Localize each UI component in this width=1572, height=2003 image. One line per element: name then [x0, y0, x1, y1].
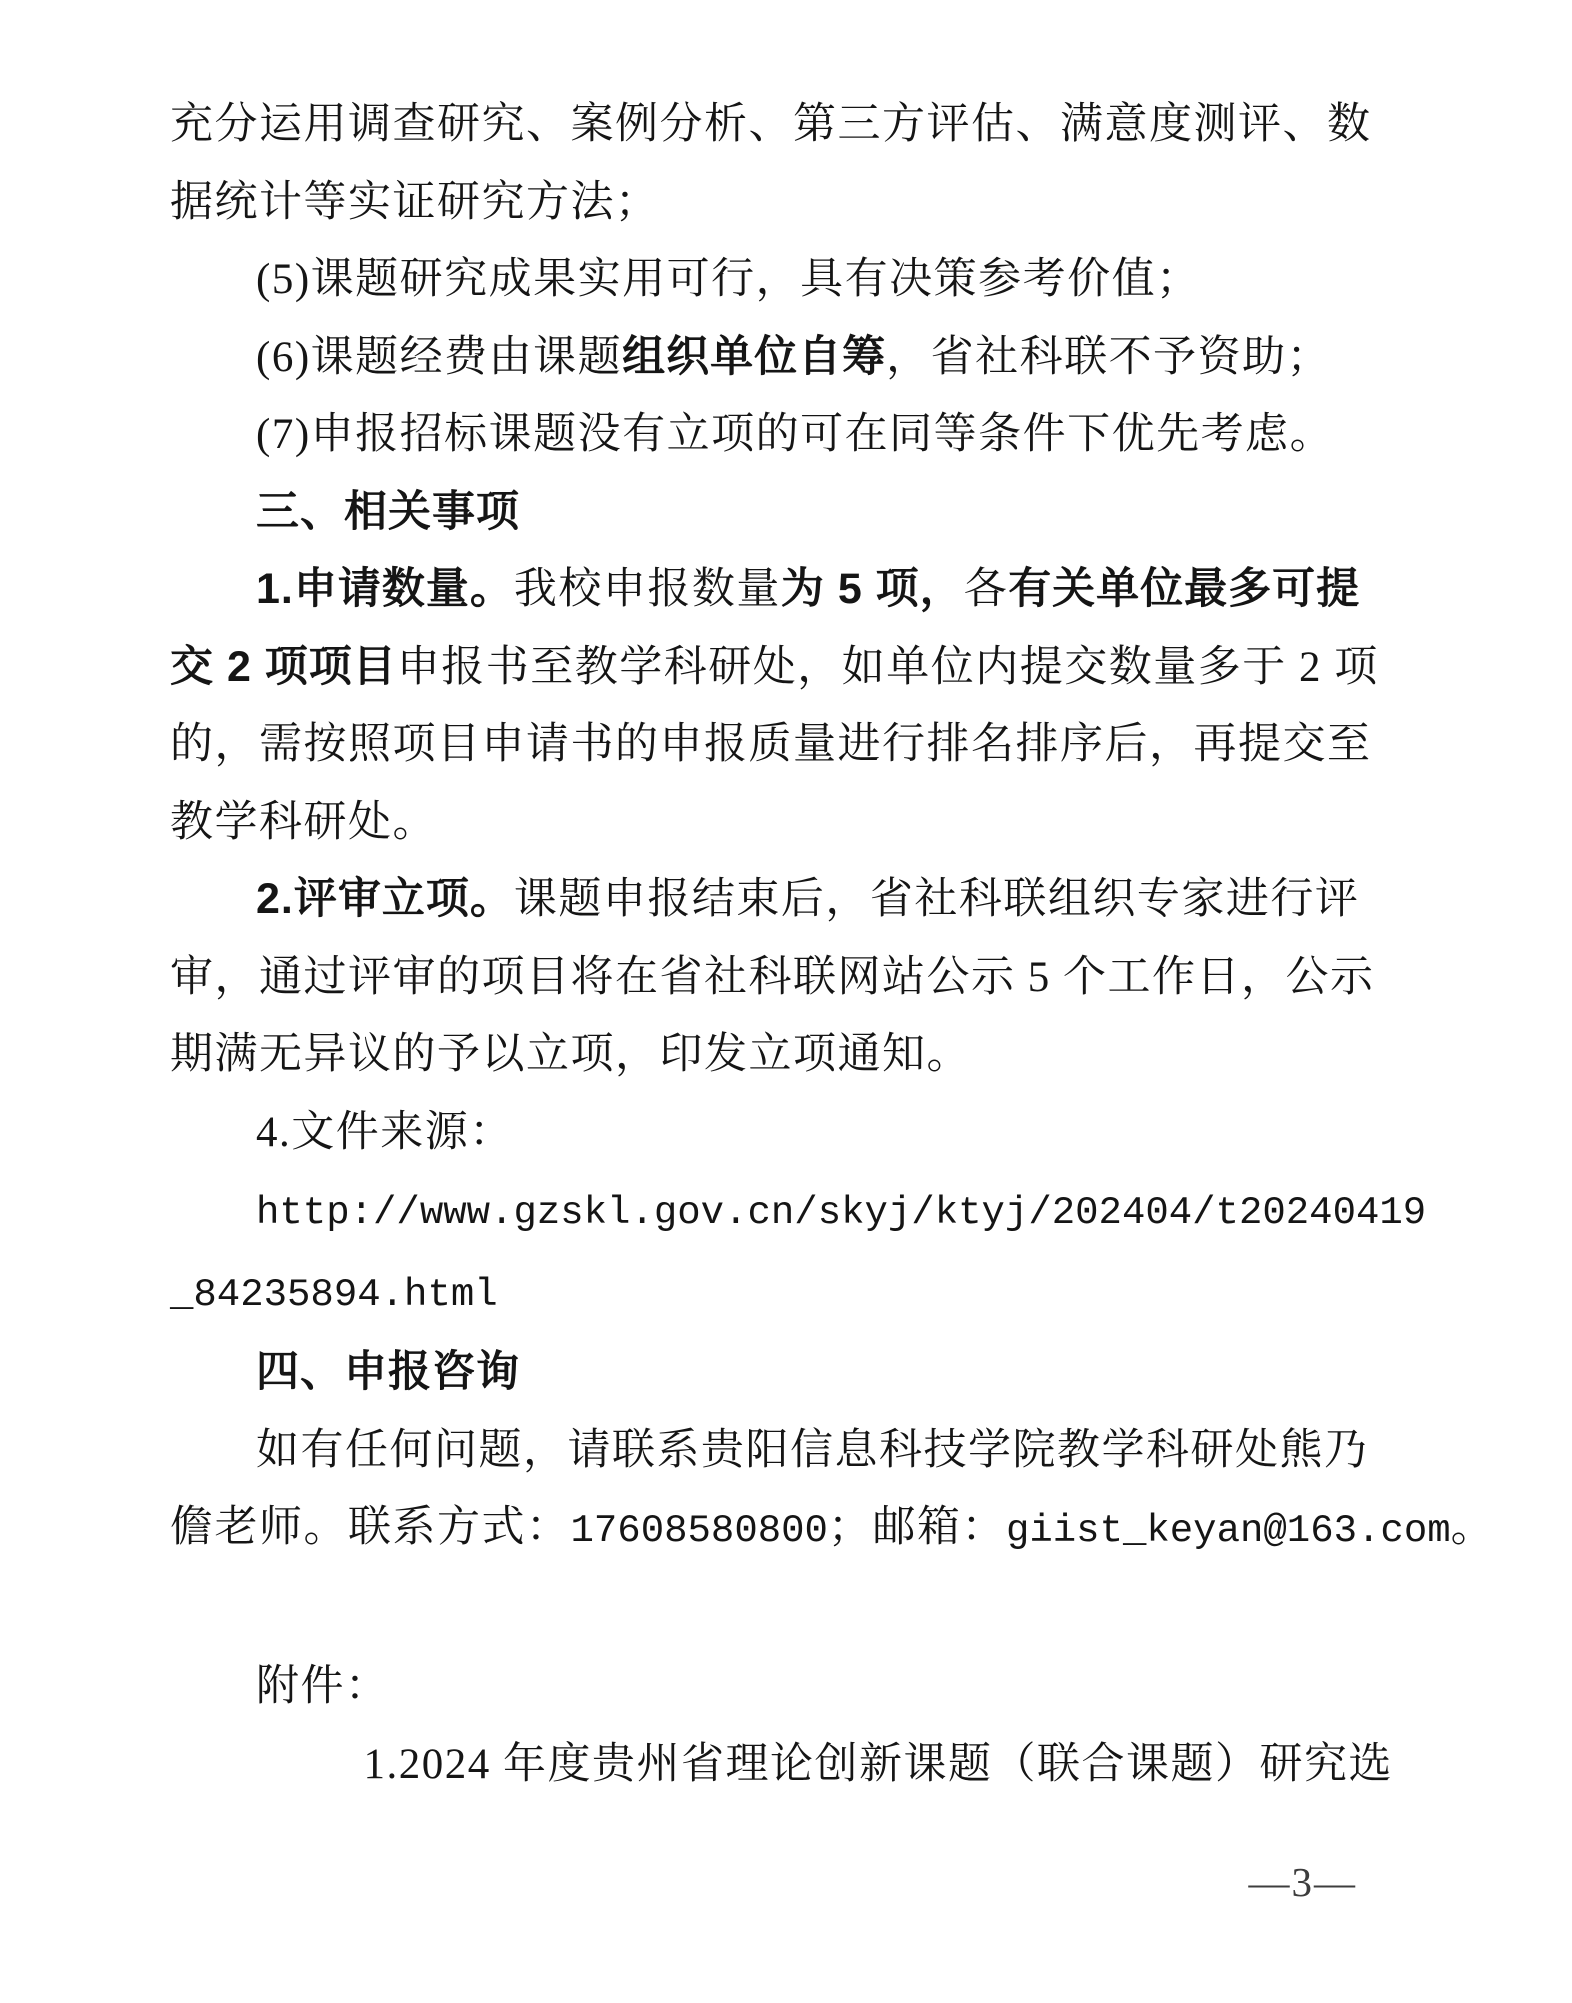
body-text-segment: 的，需按照项目申请书的申报质量进行排名排序后，再提交至 — [170, 721, 1372, 768]
text-line: 的，需按照项目申请书的申报质量进行排名排序后，再提交至 — [170, 706, 1407, 784]
heading-text: 四、申报咨询 — [256, 1348, 520, 1396]
heading-text: 三、相关事项 — [256, 488, 520, 536]
body-text-segment: (5)课题研究成果实用可行，具有决策参考价值； — [256, 256, 1201, 303]
body-text-segment: 。 — [1451, 1504, 1496, 1551]
text-line: 2.评审立项。课题申报结束后，省社科联组织专家进行评 — [170, 861, 1407, 939]
item-label-application-quantity: 1.申请数量。 — [256, 565, 514, 613]
text-line: 儋老师。联系方式：17608580800；邮箱：giist_keyan@163.… — [170, 1489, 1407, 1571]
emphasis-text-segment: 为 5 项， — [781, 565, 964, 613]
text-line: 附件： — [170, 1648, 1407, 1726]
phone-number: 17608580800 — [571, 1509, 828, 1553]
text-line — [170, 1571, 1407, 1649]
text-line: 据统计等实证研究方法； — [170, 164, 1407, 242]
text-line: 期满无异议的予以立项，印发立项通知。 — [170, 1016, 1407, 1094]
email-address: giist_keyan@163.com — [1006, 1509, 1451, 1553]
document-body: 充分运用调查研究、案例分析、第三方评估、满意度测评、数据统计等实证研究方法；(5… — [170, 86, 1407, 1803]
body-text-segment: 如有任何问题，请联系贵阳信息科技学院教学科研处熊乃 — [256, 1427, 1369, 1474]
body-text-segment: (7)申报招标课题没有立项的可在同等条件下优先考虑。 — [256, 411, 1334, 458]
text-line: (6)课题经费由课题组织单位自筹，省社科联不予资助； — [170, 319, 1407, 397]
section-heading-application-consultation: 四、申报咨询 — [170, 1334, 1407, 1412]
text-line: (7)申报招标课题没有立项的可在同等条件下优先考虑。 — [170, 396, 1407, 474]
body-text-segment: 审，通过评审的项目将在省社科联网站公示 5 个工作日，公示 — [170, 954, 1375, 1001]
attachment-item-1: 1.2024 年度贵州省理论创新课题（联合课题）研究选 — [364, 1741, 1394, 1788]
text-line: (5)课题研究成果实用可行，具有决策参考价值； — [170, 241, 1407, 319]
body-text-segment: 充分运用调查研究、案例分析、第三方评估、满意度测评、数 — [170, 101, 1372, 148]
text-line: 4.文件来源： — [170, 1094, 1407, 1172]
body-text-segment: (6)课题经费由课题 — [256, 334, 622, 381]
text-line: 教学科研处。 — [170, 784, 1407, 862]
item-label-file-source: 4.文件来源： — [256, 1109, 514, 1156]
text-line: 1.2024 年度贵州省理论创新课题（联合课题）研究选 — [170, 1726, 1407, 1804]
page-number: —3— — [1249, 1858, 1358, 1906]
body-text-segment: 课题申报结束后，省社科联组织专家进行评 — [514, 876, 1360, 923]
body-text-segment: 各 — [964, 566, 1009, 613]
url-text-line-2: _84235894.html — [170, 1273, 498, 1317]
item-label-review-approval: 2.评审立项。 — [256, 875, 514, 923]
emphasis-text-segment: 交 2 项项目 — [170, 643, 397, 691]
section-heading-related-matters: 三、相关事项 — [170, 474, 1407, 552]
body-text-segment: 申报书至教学科研处，如单位内提交数量多于 2 项 — [397, 644, 1379, 691]
text-line: 交 2 项项目申报书至教学科研处，如单位内提交数量多于 2 项 — [170, 629, 1407, 707]
text-line: _84235894.html — [170, 1253, 1407, 1335]
body-text-segment: 教学科研处。 — [170, 799, 437, 846]
text-line: http://www.gzskl.gov.cn/skyj/ktyj/202404… — [170, 1171, 1407, 1253]
attachments-label: 附件： — [256, 1663, 390, 1710]
body-text-segment: 儋老师。联系方式： — [170, 1504, 571, 1551]
body-text-segment: 我校申报数量 — [514, 566, 781, 613]
text-line: 充分运用调查研究、案例分析、第三方评估、满意度测评、数 — [170, 86, 1407, 164]
document-page: 充分运用调查研究、案例分析、第三方评估、满意度测评、数据统计等实证研究方法；(5… — [0, 0, 1572, 2003]
body-text-segment: ，省社科联不予资助； — [886, 334, 1331, 381]
text-line: 审，通过评审的项目将在省社科联网站公示 5 个工作日，公示 — [170, 939, 1407, 1017]
text-line: 如有任何问题，请联系贵阳信息科技学院教学科研处熊乃 — [170, 1412, 1407, 1490]
body-text-segment: 据统计等实证研究方法； — [170, 179, 660, 226]
text-line: 1.申请数量。我校申报数量为 5 项，各有关单位最多可提 — [170, 551, 1407, 629]
url-text-line-1: http://www.gzskl.gov.cn/skyj/ktyj/202404… — [256, 1191, 1426, 1235]
emphasis-self-funding: 组织单位自筹 — [622, 333, 886, 381]
body-text-segment: 期满无异议的予以立项，印发立项通知。 — [170, 1031, 971, 1078]
body-text-segment: ；邮箱： — [828, 1504, 1006, 1551]
emphasis-text-segment: 有关单位最多可提 — [1008, 565, 1360, 613]
